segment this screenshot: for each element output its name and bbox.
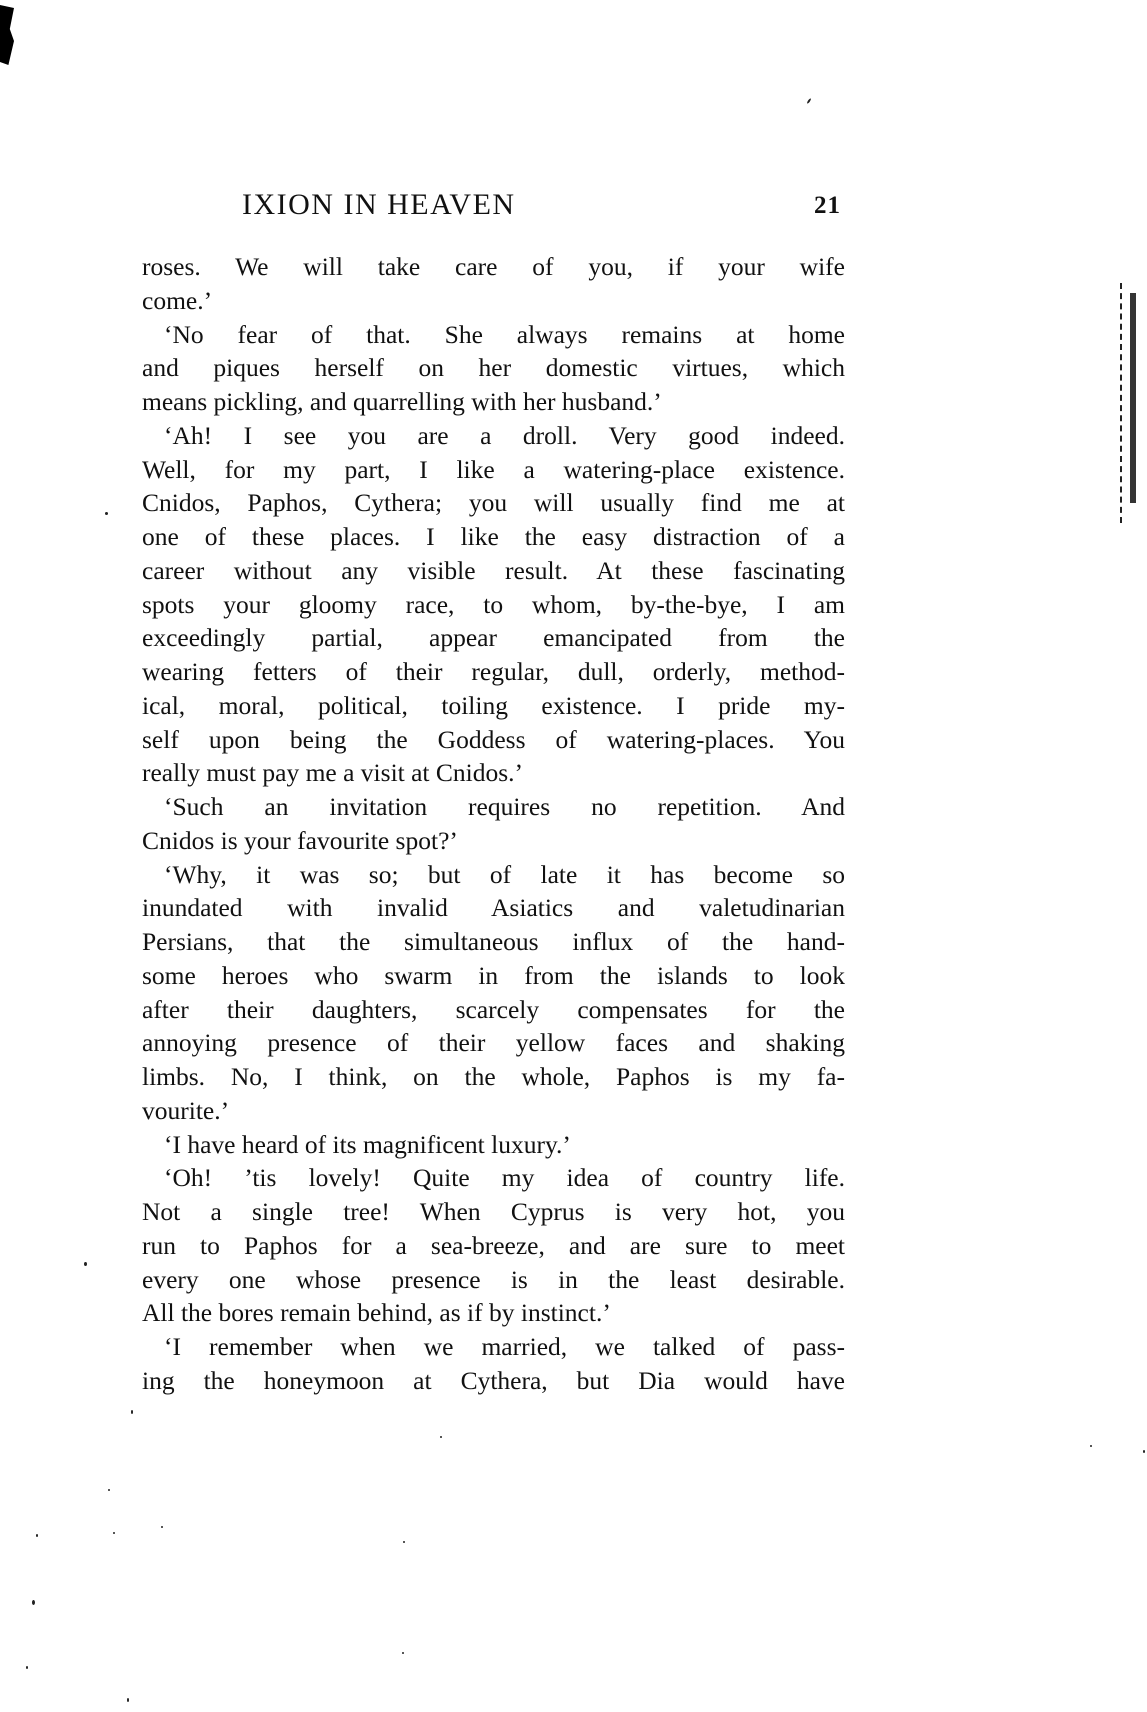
scan-speck: [36, 1534, 38, 1537]
text-line: exceedingly partial, appear emancipated …: [142, 621, 845, 655]
scan-speck: [1090, 1445, 1092, 1447]
scan-speck: [131, 1410, 133, 1414]
text-line: ‘No fear of that. She always remains at …: [142, 318, 845, 352]
scan-speck: [105, 512, 108, 515]
text-line: ‘I have heard of its magnificent luxury.…: [142, 1128, 845, 1162]
book-page: IXION IN HEAVEN 21 roses. We will take c…: [0, 0, 1147, 1712]
text-line: ing the honeymoon at Cythera, but Dia wo…: [142, 1364, 845, 1398]
scan-speck: [127, 1698, 129, 1702]
text-line: Persians, that the simultaneous influx o…: [142, 925, 845, 959]
text-line: ‘Ah! I see you are a droll. Very good in…: [142, 419, 845, 453]
scan-edge-mark: [0, 5, 14, 65]
chapter-title: IXION IN HEAVEN: [242, 188, 516, 222]
page-number: 21: [814, 192, 841, 220]
text-line: wearing fetters of their regular, dull, …: [142, 655, 845, 689]
scan-speck: [440, 1436, 442, 1438]
scan-speck: [806, 98, 811, 104]
text-line: ‘I remember when we married, we talked o…: [142, 1330, 845, 1364]
text-line: Well, for my part, I like a watering-pla…: [142, 453, 845, 487]
text-line: every one whose presence is in the least…: [142, 1263, 845, 1297]
text-line: means pickling, and quarrelling with her…: [142, 385, 845, 419]
text-line: ‘Such an invitation requires no repetiti…: [142, 790, 845, 824]
scan-speck: [84, 1262, 87, 1266]
text-line: All the bores remain behind, as if by in…: [142, 1296, 845, 1330]
text-line: inundated with invalid Asiatics and vale…: [142, 891, 845, 925]
text-line: self upon being the Goddess of watering-…: [142, 723, 845, 757]
scan-speck: [1143, 1450, 1145, 1453]
scan-speck: [108, 1489, 110, 1491]
scan-speck: [161, 1526, 163, 1528]
scan-speck: [32, 1600, 35, 1605]
text-line: career without any visible result. At th…: [142, 554, 845, 588]
text-line: really must pay me a visit at Cnidos.’: [142, 756, 845, 790]
text-line: limbs. No, I think, on the whole, Paphos…: [142, 1060, 845, 1094]
text-line: ‘Why, it was so; but of late it has beco…: [142, 858, 845, 892]
scan-binding-mark: [1120, 283, 1132, 523]
scan-speck: [113, 1532, 115, 1534]
text-line: Not a single tree! When Cyprus is very h…: [142, 1195, 845, 1229]
body-text: roses. We will take care of you, if your…: [142, 250, 845, 1398]
scan-speck: [403, 1541, 405, 1543]
text-line: come.’: [142, 284, 845, 318]
text-line: some heroes who swarm in from the island…: [142, 959, 845, 993]
text-line: roses. We will take care of you, if your…: [142, 250, 845, 284]
scan-speck: [26, 1666, 28, 1669]
text-line: annoying presence of their yellow faces …: [142, 1026, 845, 1060]
text-line: ical, moral, political, toiling existenc…: [142, 689, 845, 723]
text-line: spots your gloomy race, to whom, by-the-…: [142, 588, 845, 622]
running-head: IXION IN HEAVEN 21: [142, 188, 845, 228]
text-line: run to Paphos for a sea-breeze, and are …: [142, 1229, 845, 1263]
text-line: and piques herself on her domestic virtu…: [142, 351, 845, 385]
text-line: vourite.’: [142, 1094, 845, 1128]
text-line: Cnidos is your favourite spot?’: [142, 824, 845, 858]
scan-speck: [402, 1652, 404, 1654]
text-line: after their daughters, scarcely compensa…: [142, 993, 845, 1027]
text-line: Cnidos, Paphos, Cythera; you will usuall…: [142, 486, 845, 520]
text-line: one of these places. I like the easy dis…: [142, 520, 845, 554]
text-line: ‘Oh! ’tis lovely! Quite my idea of count…: [142, 1161, 845, 1195]
